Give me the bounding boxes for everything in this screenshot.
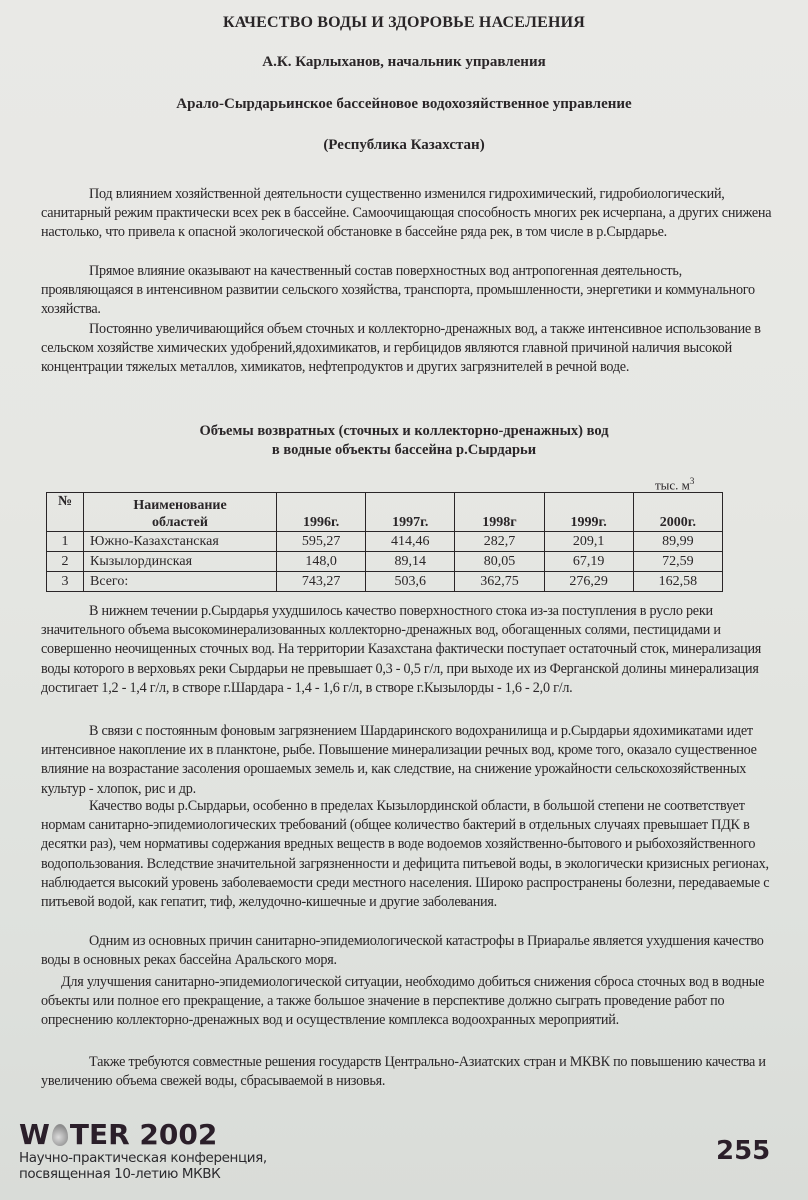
row-value: 743,27 bbox=[277, 572, 366, 592]
country-line: (Республика Казахстан) bbox=[0, 137, 808, 154]
header-year-1997: 1997г. bbox=[366, 493, 455, 532]
document-page: КАЧЕСТВО ВОДЫ И ЗДОРОВЬЕ НАСЕЛЕНИЯ А.К. … bbox=[0, 0, 808, 1200]
row-region-name: Кызылординская bbox=[84, 552, 277, 572]
paragraph-intro-3: Постоянно увеличивающийся объем сточных … bbox=[41, 320, 776, 378]
header-name-line-1: Наименование bbox=[90, 497, 270, 514]
header-name-line-2: областей bbox=[90, 514, 270, 531]
table-row: 1 Южно-Казахстанская 595,27 414,46 282,7… bbox=[47, 532, 723, 552]
row-value: 362,75 bbox=[455, 572, 544, 592]
table-caption-line-2: в водные объекты бассейна р.Сырдарьи bbox=[0, 441, 808, 460]
row-value: 80,05 bbox=[455, 552, 544, 572]
water-2002-logo: WTER 2002 bbox=[19, 1120, 217, 1150]
row-index: 3 bbox=[47, 572, 84, 592]
paragraph-intro-1: Под влиянием хозяйственной деятельности … bbox=[41, 185, 776, 243]
paragraph-main-3: Качество воды р.Сырдарьи, особенно в пре… bbox=[41, 797, 776, 912]
row-region-name: Всего: bbox=[84, 572, 277, 592]
logo-text-left: W bbox=[19, 1118, 50, 1151]
table-row: 2 Кызылординская 148,0 89,14 80,05 67,19… bbox=[47, 552, 723, 572]
row-value: 209,1 bbox=[544, 532, 633, 552]
units-superscript: 3 bbox=[690, 476, 695, 486]
paragraph-main-5: Для улучшения санитарно-эпидемиологическ… bbox=[41, 973, 776, 1031]
table-header-row: № Наименование областей 1996г. 1997г. 19… bbox=[47, 493, 723, 532]
logo-text-right: TER 2002 bbox=[70, 1118, 217, 1151]
row-value: 503,6 bbox=[366, 572, 455, 592]
paragraph-main-1: В нижнем течении р.Сырдарья ухудшилось к… bbox=[41, 602, 776, 698]
header-year-1998: 1998г bbox=[455, 493, 544, 532]
return-water-volumes-table: № Наименование областей 1996г. 1997г. 19… bbox=[46, 492, 723, 592]
row-index: 2 bbox=[47, 552, 84, 572]
subtitle-line-1: Научно-практическая конференция, bbox=[19, 1150, 267, 1166]
row-index: 1 bbox=[47, 532, 84, 552]
row-value: 162,58 bbox=[633, 572, 722, 592]
row-value: 148,0 bbox=[277, 552, 366, 572]
header-year-2000: 2000г. bbox=[633, 493, 722, 532]
row-value: 282,7 bbox=[455, 532, 544, 552]
header-region-name: Наименование областей bbox=[84, 493, 277, 532]
table-row-total: 3 Всего: 743,27 503,6 362,75 276,29 162,… bbox=[47, 572, 723, 592]
table-caption-line-1: Объемы возвратных (сточных и коллекторно… bbox=[0, 422, 808, 441]
header-year-1996: 1996г. bbox=[277, 493, 366, 532]
conference-subtitle: Научно-практическая конференция, посвяще… bbox=[19, 1150, 267, 1182]
paragraph-main-4: Одним из основных причин санитарно-эпиде… bbox=[41, 932, 776, 970]
row-value: 72,59 bbox=[633, 552, 722, 572]
row-value: 414,46 bbox=[366, 532, 455, 552]
subtitle-line-2: посвященная 10-летию МКВК bbox=[19, 1166, 267, 1182]
row-region-name: Южно-Казахстанская bbox=[84, 532, 277, 552]
header-number: № bbox=[47, 493, 84, 532]
paragraph-main-6: Также требуются совместные решения госуд… bbox=[41, 1053, 776, 1091]
row-value: 276,29 bbox=[544, 572, 633, 592]
paragraph-intro-2: Прямое влияние оказывают на качественный… bbox=[41, 262, 776, 320]
row-value: 89,99 bbox=[633, 532, 722, 552]
row-value: 67,19 bbox=[544, 552, 633, 572]
page-number: 255 bbox=[716, 1136, 770, 1166]
row-value: 89,14 bbox=[366, 552, 455, 572]
row-value: 595,27 bbox=[277, 532, 366, 552]
units-text: тыс. м bbox=[655, 477, 690, 492]
water-drop-icon bbox=[52, 1124, 68, 1146]
organization-line: Арало-Сырдарьинское бассейновое водохозя… bbox=[0, 96, 808, 113]
table-caption: Объемы возвратных (сточных и коллекторно… bbox=[0, 422, 808, 460]
article-title: КАЧЕСТВО ВОДЫ И ЗДОРОВЬЕ НАСЕЛЕНИЯ bbox=[0, 14, 808, 32]
author-line: А.К. Карлыханов, начальник управления bbox=[0, 54, 808, 71]
paragraph-main-2: В связи с постоянным фоновым загрязнение… bbox=[41, 722, 776, 799]
table-units: тыс. м3 bbox=[655, 476, 694, 493]
header-year-1999: 1999г. bbox=[544, 493, 633, 532]
